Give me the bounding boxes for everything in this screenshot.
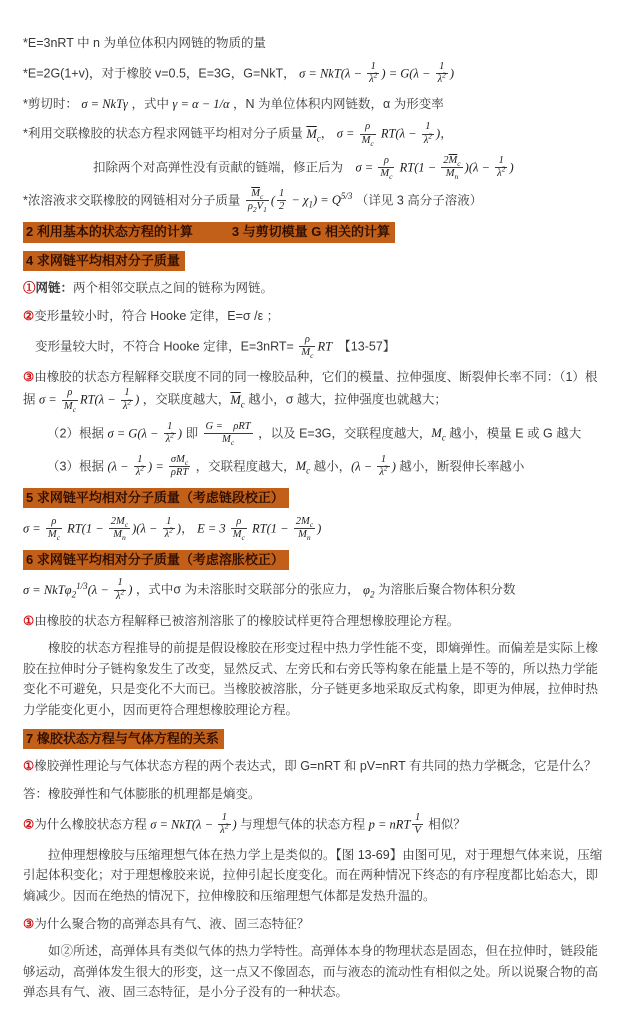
text-run: *利用交联橡胶的状态方程求网链平均相对分子质量	[23, 127, 306, 141]
inline-formula: σ = NkTγ	[81, 97, 128, 111]
text-run: 扣除两个对高弹性没有贡献的链端，修正后为	[93, 160, 356, 174]
text-run: 由橡胶的状态方程解释已被溶剂溶胀了的橡胶试样更符合理想橡胶理论方程。	[34, 614, 459, 628]
text-run: 越小，模量 E 或 G 越大	[446, 426, 581, 440]
text-run: ，交联度越大，	[139, 393, 230, 407]
inline-formula: − χ1) = Q5/3	[288, 193, 352, 207]
inline-formula: RT	[317, 339, 332, 353]
circled-number: ①	[23, 281, 36, 295]
inline-formula: σ =	[23, 521, 44, 535]
fraction-formula: 1λ2	[114, 577, 126, 603]
fraction-formula: 12	[277, 188, 286, 214]
text-run: （详见 3 高分子溶液）	[352, 193, 482, 207]
fraction-formula: 1λ2	[436, 61, 448, 87]
fraction-formula: 1V	[412, 812, 422, 838]
text-run: （3）根据	[47, 459, 107, 473]
text-run: ，N 为单位体积内网链数，α 为形变率	[230, 97, 444, 111]
inline-formula: ) = G(λ −	[381, 66, 433, 80]
paragraph: ①网链：两个相邻交联点之间的链称为网链。	[23, 278, 609, 299]
inline-formula: RT(λ −	[80, 393, 119, 407]
paragraph: *浓溶液求交联橡胶的网链相对分子质量 Mcρ2V1(12 − χ1) = Q5/…	[23, 188, 609, 214]
text-run: 越小，	[310, 459, 351, 473]
fraction-formula: σMcρRT	[169, 454, 190, 480]
paragraph: σ = ρMc RT(1 − 2McMn)(λ − 1λ2)， E = 3 ρM…	[23, 516, 609, 542]
fraction-formula: 1λ2	[134, 454, 146, 480]
inline-formula: Mc	[306, 127, 320, 141]
text-run: 变形量较大时，不符合 Hooke 定律，E=3nRT=	[35, 339, 297, 353]
paragraph: *E=3nRT 中 n 为单位体积内网链的物质的量	[23, 33, 609, 54]
document-content: *E=3nRT 中 n 为单位体积内网链的物质的量*E=2G(1+v)，对于橡胶…	[23, 33, 609, 1003]
paragraph: *利用交联橡胶的状态方程求网链平均相对分子质量 Mc， σ = ρMc RT(λ…	[23, 121, 609, 147]
circled-number: ①	[23, 759, 34, 773]
fraction-formula: ρMc	[299, 334, 315, 360]
text-run: ，	[321, 127, 337, 141]
text-run: *E=3nRT 中 n 为单位体积内网链的物质的量	[23, 36, 266, 50]
text-run: ，	[181, 521, 197, 535]
paragraph: ③为什么聚合物的高弹态具有气、液、固三态特征？	[23, 914, 609, 935]
section-header-highlight: 4 求网链平均相对分子质量	[23, 251, 185, 272]
circled-number: ③	[23, 370, 34, 384]
inline-formula: γ = α − 1/α	[172, 97, 229, 111]
fraction-formula: 1λ2	[422, 121, 434, 147]
fraction-formula: ρMc	[231, 516, 247, 542]
fraction-formula: 1λ2	[377, 454, 389, 480]
text-run: ，式中	[128, 97, 172, 111]
text-run: *剪切时：	[23, 97, 81, 111]
text-run: 两个相邻交联点之间的链称为网链。	[73, 281, 273, 295]
inline-formula: σ = NkT(λ −	[150, 817, 216, 831]
section-header-highlight: 7 橡胶状态方程与气体方程的关系	[23, 729, 224, 750]
fraction-formula: 2McMn	[294, 516, 315, 542]
fraction-formula: Mcρ2V1	[246, 188, 269, 214]
inline-formula: Mc	[431, 426, 445, 440]
inline-formula: σ =	[356, 160, 377, 174]
fraction-formula: 1λ2	[218, 812, 230, 838]
inline-formula: φ2	[363, 583, 374, 597]
inline-formula: σ =	[337, 127, 358, 141]
fraction-formula: 1λ2	[121, 387, 133, 413]
text-run: ，	[440, 127, 453, 141]
text-run: 越小，断裂伸长率越小	[396, 459, 524, 473]
inline-formula: Mc	[296, 459, 310, 473]
paragraph: 如②所述，高弹体具有类似气体的热力学特性。高弹体本身的物理状态是固态，但在拉伸时…	[23, 941, 609, 1003]
fraction-formula: ρMc	[46, 516, 62, 542]
text-run: ，交联程度越大，	[192, 459, 295, 473]
fraction-formula: ρMc	[378, 155, 394, 181]
text-run: 网链：	[36, 281, 74, 295]
text-run: 答：橡胶弹性和气体膨胀的机理都是熵变。	[23, 787, 261, 801]
text-run: *E=2G(1+v)，对于橡胶 v=0.5，E=3G，G=NkT，	[23, 66, 299, 80]
paragraph: ①由橡胶的状态方程解释已被溶剂溶胀了的橡胶试样更符合理想橡胶理论方程。	[23, 611, 609, 632]
section-header: 7 橡胶状态方程与气体方程的关系	[23, 729, 609, 750]
paragraph: σ = NkTφ21/3(λ − 1λ2) ，式中σ 为未溶胀时交联部分的张应力…	[23, 577, 609, 603]
paragraph: 扣除两个对高弹性没有贡献的链端，修正后为 σ = ρMc RT(1 − 2McM…	[23, 155, 609, 181]
paragraph: *剪切时： σ = NkTγ ，式中 γ = α − 1/α ，N 为单位体积内…	[23, 94, 609, 115]
fraction-formula: 2McMn	[109, 516, 130, 542]
circled-number: ③	[23, 917, 34, 931]
inline-formula: p = nRT	[369, 817, 411, 831]
inline-formula: )	[509, 160, 513, 174]
inline-formula: σ = NkT(λ −	[299, 66, 365, 80]
paragraph: ②为什么橡胶状态方程 σ = NkT(λ − 1λ2) 与理想气体的状态方程 p…	[23, 812, 609, 838]
text-run: 拉伸理想橡胶与压缩理想气体在热力学上是类似的。【图 13-69】由图可见，对于理…	[23, 848, 602, 903]
section-header-highlight: 2 利用基本的状态方程的计算 3 与剪切模量 G 相关的计算	[23, 222, 395, 243]
inline-formula: RT(1 −	[249, 521, 292, 535]
text-run: 橡胶弹性理论与气体状态方程的两个表达式，即 G=nRT 和 pV=nRT 有共同…	[34, 759, 596, 773]
inline-formula: RT(1 −	[396, 160, 439, 174]
paragraph: ①橡胶弹性理论与气体状态方程的两个表达式，即 G=nRT 和 pV=nRT 有共…	[23, 756, 609, 777]
text-run: 为什么橡胶状态方程	[34, 817, 150, 831]
inline-formula: )(λ −	[465, 160, 493, 174]
section-header: 6 求网链平均相对分子质量（考虑溶胀校正）	[23, 550, 609, 571]
paragraph: ③由橡胶的状态方程解释交联度不同的同一橡胶品种，它们的模量、拉伸强度、断裂伸长率…	[23, 367, 609, 414]
text-run: ，式中σ 为未溶胀时交联部分的张应力，	[132, 583, 363, 597]
fraction-formula: G = ρRTMc	[204, 421, 253, 447]
section-header: 2 利用基本的状态方程的计算 3 与剪切模量 G 相关的计算	[23, 222, 609, 243]
fraction-formula: ρMc	[62, 387, 78, 413]
fraction-formula: 1λ2	[367, 61, 379, 87]
inline-formula: )	[317, 521, 321, 535]
inline-formula: (λ −	[351, 459, 375, 473]
fraction-formula: 1λ2	[495, 155, 507, 181]
text-run: 为什么聚合物的高弹态具有气、液、固三态特征？	[34, 917, 309, 931]
paragraph: *E=2G(1+v)，对于橡胶 v=0.5，E=3G，G=NkT， σ = Nk…	[23, 61, 609, 87]
text-run: 如②所述，高弹体具有类似气体的热力学特性。高弹体本身的物理状态是固态，但在拉伸时…	[23, 944, 598, 999]
circled-number: ②	[23, 309, 34, 323]
text-run: 与理想气体的状态方程	[237, 817, 369, 831]
inline-formula: (λ −	[107, 459, 131, 473]
paragraph: 变形量较大时，不符合 Hooke 定律，E=3nRT= ρMcRT 【13-57…	[23, 334, 609, 360]
paragraph: 橡胶的状态方程推导的前提是假设橡胶在形变过程中热力学性能不变，即熵弹性。而偏差是…	[23, 638, 609, 721]
text-run: ，以及 E=3G，交联程度越大，	[255, 426, 432, 440]
inline-formula: (	[271, 193, 275, 207]
paragraph: ②变形量较小时，符合 Hooke 定律，E=σ /ε ；	[23, 306, 609, 327]
fraction-formula: 1λ2	[163, 516, 175, 542]
text-run: 越小，σ 越大，拉伸强度也就越大；	[245, 393, 447, 407]
text-run: *浓溶液求交联橡胶的网链相对分子质量	[23, 193, 244, 207]
circled-number: ②	[23, 817, 34, 831]
section-header: 4 求网链平均相对分子质量	[23, 251, 609, 272]
text-run: 即	[182, 426, 201, 440]
section-header-highlight: 5 求网链平均相对分子质量（考虑链段校正）	[23, 488, 289, 509]
inline-formula: σ = NkTφ21/3(λ −	[23, 583, 112, 597]
inline-formula: )	[450, 66, 454, 80]
inline-formula: ) =	[148, 459, 167, 473]
text-run: 变形量较小时，符合 Hooke 定律，E=σ /ε ；	[34, 309, 279, 323]
inline-formula: RT(1 −	[64, 521, 107, 535]
text-run: 橡胶的状态方程推导的前提是假设橡胶在形变过程中热力学性能不变，即熵弹性。而偏差是…	[23, 641, 598, 717]
paragraph: 拉伸理想橡胶与压缩理想气体在热力学上是类似的。【图 13-69】由图可见，对于理…	[23, 845, 609, 907]
fraction-formula: 2McMn	[441, 155, 462, 181]
paragraph: （2）根据 σ = G(λ − 1λ2) 即 G = ρRTMc ，以及 E=3…	[23, 421, 609, 447]
section-header: 5 求网链平均相对分子质量（考虑链段校正）	[23, 488, 609, 509]
text-run: 相似？	[425, 817, 466, 831]
paragraph: （3）根据 (λ − 1λ2) = σMcρRT ，交联程度越大，Mc 越小，(…	[23, 454, 609, 480]
paragraph: 答：橡胶弹性和气体膨胀的机理都是熵变。	[23, 784, 609, 805]
text-run: 为溶胀后聚合物体积分数	[374, 583, 515, 597]
document-page: *E=3nRT 中 n 为单位体积内网链的物质的量*E=2G(1+v)，对于橡胶…	[0, 0, 621, 1034]
fraction-formula: 1λ2	[164, 421, 176, 447]
text-run: （2）根据	[47, 426, 107, 440]
inline-formula: σ = G(λ −	[107, 426, 161, 440]
circled-number: ①	[23, 614, 34, 628]
inline-formula: E = 3	[197, 521, 229, 535]
fraction-formula: ρMc	[360, 121, 376, 147]
inline-formula: σ =	[39, 393, 60, 407]
inline-formula: RT(λ −	[378, 127, 420, 141]
inline-formula: Mc	[230, 393, 244, 407]
inline-formula: )(λ −	[132, 521, 160, 535]
section-header-highlight: 6 求网链平均相对分子质量（考虑溶胀校正）	[23, 550, 289, 571]
text-run: 【13-57】	[332, 339, 395, 353]
